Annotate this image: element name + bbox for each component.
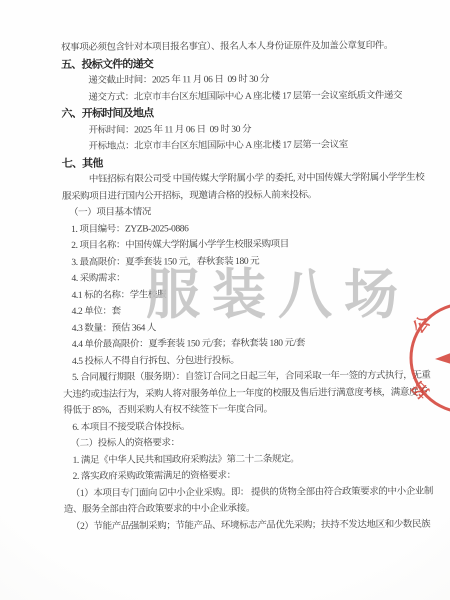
doc-line: 递交方式：北京市丰台区东旭国际中心 A 座北楼 17 层第一会议室纸质文件递交 [61, 87, 426, 106]
document-body: 权事项必须包含针对本项目报名事宜）、报名人本人身份证原件及加盖公章复印件。五、投… [61, 38, 429, 535]
doc-line: （2）节能产品强制采购；节能产品、环境标志产品优先采购；扶持不发达地区和少数民族 [64, 516, 429, 535]
star-icon [435, 330, 450, 387]
doc-line: 权事项必须包含针对本项目报名事宜）、报名人本人身份证原件及加盖公章复印件。 [61, 38, 426, 57]
document-page: 权事项必须包含针对本项目报名事宜）、报名人本人身份证原件及加盖公章复印件。五、投… [0, 0, 450, 600]
doc-line: 中钰招标有限公司受 中国传媒大学附属小学 的委托, 对中国传媒大学附属小学学生校 [62, 170, 427, 189]
doc-line: （1）本项目专门面向 ☑中小企业采购。即： 提供的货物全部由符合政策要求的中小企… [64, 483, 429, 502]
doc-line: 5. 合同履行期限（服务期）：自签订合同之日起三年，合同采取一年一签的方式执行，… [63, 368, 428, 387]
doc-line: 大违约或违法行为，采购人将对服务单位上一年度的校服及售后进行满意度考核，满意度不 [63, 384, 428, 403]
